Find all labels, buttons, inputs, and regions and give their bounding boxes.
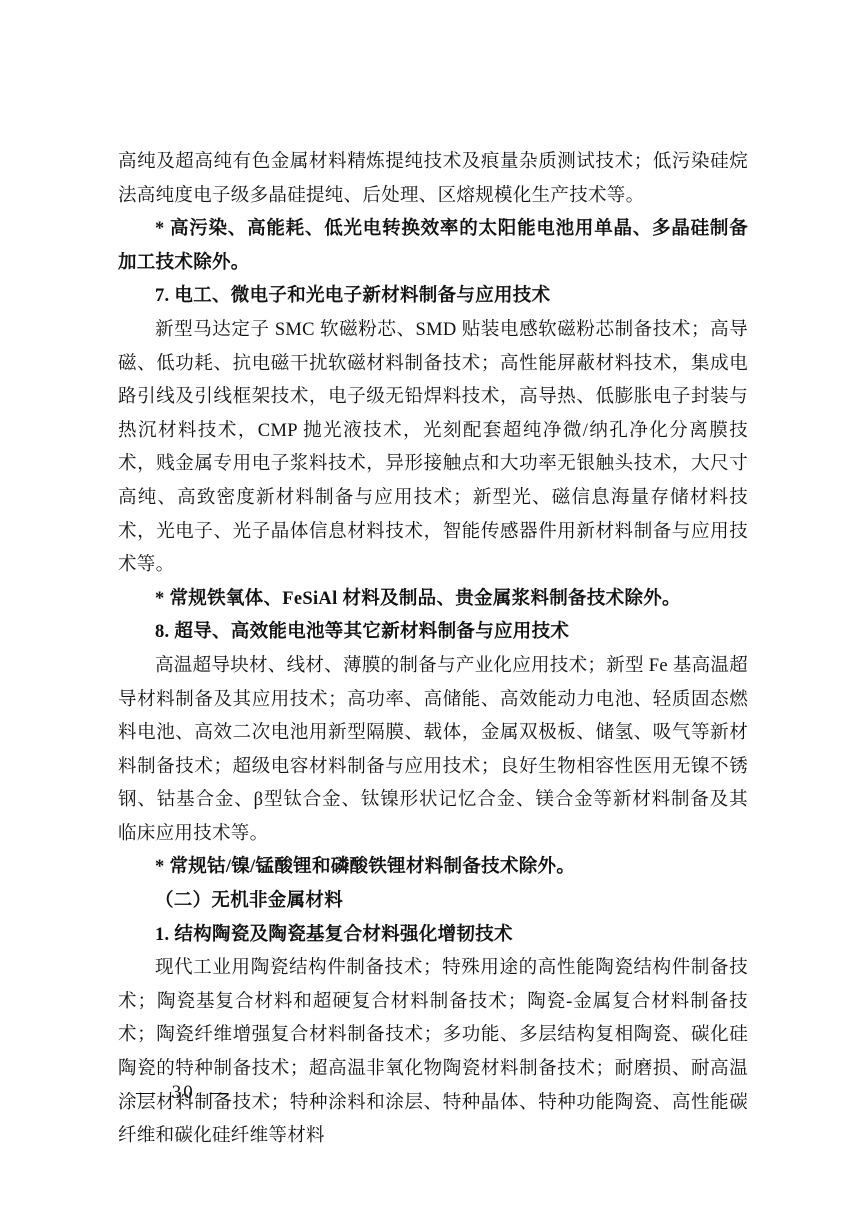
exclusion-note: * 高污染、高能耗、低光电转换效率的太阳能电池用单晶、多晶硅制备加工技术除外。 xyxy=(118,213,748,280)
document-body: 高纯及超高纯有色金属材料精炼提纯技术及痕量杂质测试技术；低污染硅烷法高纯度电子级… xyxy=(118,146,748,1154)
section-item-heading: 7. 电工、微电子和光电子新材料制备与应用技术 xyxy=(118,280,748,314)
page-number: — 30 — xyxy=(136,1080,231,1106)
section-item-heading: 1. 结构陶瓷及陶瓷基复合材料强化增韧技术 xyxy=(118,919,748,953)
body-paragraph: 高纯及超高纯有色金属材料精炼提纯技术及痕量杂质测试技术；低污染硅烷法高纯度电子级… xyxy=(118,146,748,213)
section-item-heading: 8. 超导、高效能电池等其它新材料制备与应用技术 xyxy=(118,616,748,650)
exclusion-note: * 常规钴/镍/锰酸锂和磷酸铁锂材料制备技术除外。 xyxy=(118,851,748,885)
exclusion-note: * 常规铁氧体、FeSiAl 材料及制品、贵金属浆料制备技术除外。 xyxy=(118,583,748,617)
body-paragraph: 现代工业用陶瓷结构件制备技术；特殊用途的高性能陶瓷结构件制备技术；陶瓷基复合材料… xyxy=(118,952,748,1154)
body-paragraph: 高温超导块材、线材、薄膜的制备与产业化应用技术；新型 Fe 基高温超导材料制备及… xyxy=(118,650,748,852)
body-paragraph: 新型马达定子 SMC 软磁粉芯、SMD 贴装电感软磁粉芯制备技术；高导磁、低功耗… xyxy=(118,314,748,583)
document-page: 高纯及超高纯有色金属材料精炼提纯技术及痕量杂质测试技术；低污染硅烷法高纯度电子级… xyxy=(0,0,860,1216)
category-heading: （二）无机非金属材料 xyxy=(118,885,748,919)
